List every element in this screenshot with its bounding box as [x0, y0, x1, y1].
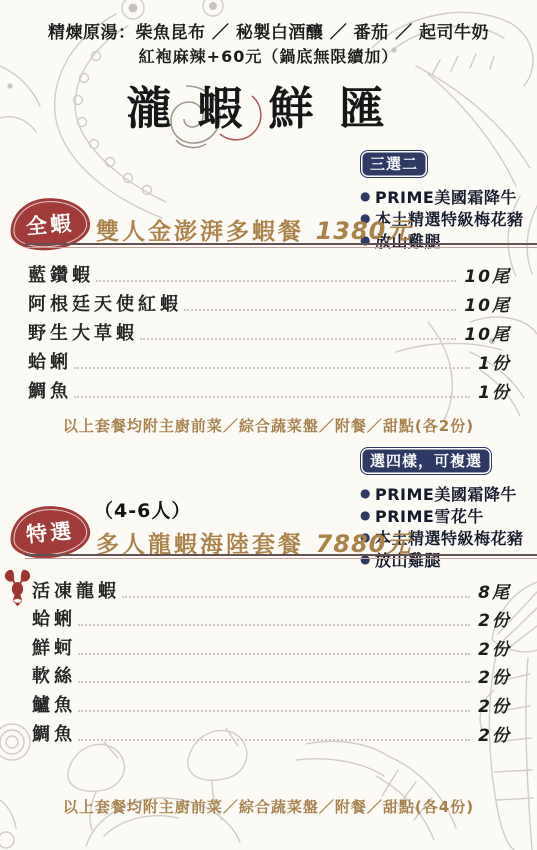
table-row: 鱸魚2份: [32, 688, 511, 717]
table-row: 軟絲2份: [32, 660, 511, 689]
item-name: 活凍龍蝦: [32, 577, 120, 603]
dotted-leader: [140, 338, 456, 340]
item-name: 蛤蜊: [28, 348, 72, 374]
item-name: 鯛魚: [32, 720, 76, 746]
item-name: 鮮蚵: [32, 634, 76, 660]
section2-divider: [25, 554, 537, 558]
item-qty: 2份: [478, 721, 511, 746]
combo-name: 雙人金澎湃多蝦餐: [96, 219, 304, 245]
item-name: 鯛魚: [28, 377, 72, 403]
table-row: 蛤蜊1份: [28, 345, 511, 374]
dotted-leader: [96, 280, 456, 282]
choice-item: ●PRIME雪花牛: [360, 504, 524, 526]
dotted-leader: [184, 309, 456, 311]
table-row: 蛤蜊2份: [32, 603, 511, 632]
item-qty: 10尾: [464, 320, 511, 345]
item-name: 軟絲: [32, 662, 76, 688]
choice-item: ●PRIME美國霜降牛: [360, 185, 524, 207]
section2-serving-size: （4-6人）: [94, 496, 191, 523]
bullet-dot-icon: ●: [360, 508, 371, 522]
section1-footnote: 以上套餐均附主廚前菜／綜合蔬菜盤／附餐／甜點(各2份): [0, 415, 537, 436]
page-title: 瀧蝦鮮匯: [0, 72, 537, 137]
menu-page: 精煉原湯：柴魚昆布 ／ 秘製白酒釀 ／ 番茄 ／ 起司牛奶 紅袍麻辣+60元（鍋…: [0, 0, 537, 850]
item-qty: 10尾: [464, 291, 511, 316]
bullet-dot-icon: ●: [360, 189, 371, 203]
bullet-dot-icon: ●: [360, 486, 371, 500]
section1-divider: [25, 243, 537, 247]
lobster-icon: [4, 569, 31, 606]
table-row: 鯛魚2份: [32, 717, 511, 746]
dotted-leader: [78, 624, 470, 626]
dotted-leader: [122, 596, 470, 598]
item-qty: 10尾: [464, 262, 511, 287]
choice-item: ●PRIME美國霜降牛: [360, 482, 524, 504]
table-row: 鮮蚵2份: [32, 631, 511, 660]
broth-options-line: 精煉原湯：柴魚昆布 ／ 秘製白酒釀 ／ 番茄 ／ 起司牛奶: [0, 18, 537, 43]
table-row: 藍鑽蝦10尾: [28, 258, 511, 287]
dotted-leader: [74, 367, 470, 369]
item-name: 蛤蜊: [32, 605, 76, 631]
item-name: 藍鑽蝦: [28, 261, 94, 287]
item-qty: 1份: [478, 349, 511, 374]
item-name: 阿根廷天使紅蝦: [28, 290, 182, 316]
item-qty: 8尾: [478, 578, 511, 603]
section2-choice-badge: 選四樣，可複選: [360, 447, 492, 475]
item-name: 野生大草蝦: [28, 319, 138, 345]
section2-item-table: 活凍龍蝦8尾 蛤蜊2份 鮮蚵2份 軟絲2份 鱸魚2份 鯛魚2份: [32, 574, 511, 746]
dotted-leader: [78, 653, 470, 655]
item-qty: 1份: [478, 378, 511, 403]
table-row: 野生大草蝦10尾: [28, 316, 511, 345]
dotted-leader: [74, 396, 470, 398]
dotted-leader: [78, 681, 470, 683]
item-qty: 2份: [478, 663, 511, 688]
item-qty: 2份: [478, 606, 511, 631]
choice-label: PRIME美國霜降牛: [375, 482, 517, 505]
choice-label: PRIME美國霜降牛: [375, 185, 517, 208]
section1-item-table: 藍鑽蝦10尾 阿根廷天使紅蝦10尾 野生大草蝦10尾 蛤蜊1份 鯛魚1份: [28, 258, 511, 403]
item-name: 鱸魚: [32, 691, 76, 717]
item-qty: 2份: [478, 692, 511, 717]
section1-choice-badge: 三選二: [360, 150, 428, 178]
section1-combo-title: 雙人金澎湃多蝦餐 1380元: [96, 211, 411, 246]
table-row: 鯛魚1份: [28, 374, 511, 403]
section2-footnote: 以上套餐均附主廚前菜／綜合蔬菜盤／附餐／甜點(各4份): [0, 796, 537, 817]
table-row: 活凍龍蝦8尾: [32, 574, 511, 603]
spicy-addon-line: 紅袍麻辣+60元（鍋底無限續加）: [0, 44, 537, 67]
item-qty: 2份: [478, 635, 511, 660]
table-row: 阿根廷天使紅蝦10尾: [28, 287, 511, 316]
dotted-leader: [78, 710, 470, 712]
dotted-leader: [78, 739, 470, 741]
combo-price: 1380元: [316, 217, 412, 245]
